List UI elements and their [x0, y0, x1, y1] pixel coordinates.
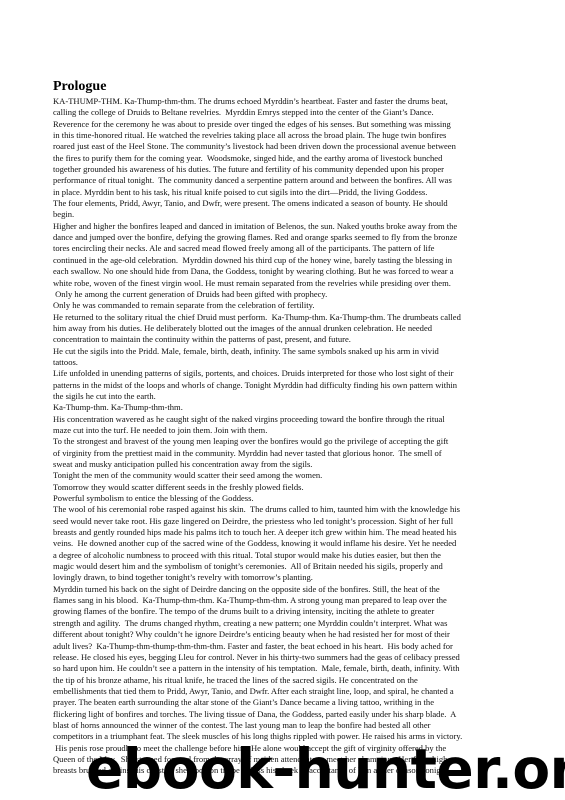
- text-line: concentration to maintain the continuity…: [53, 334, 553, 345]
- text-line: He returned to the solitary ritual the c…: [53, 312, 553, 323]
- text-line: the tip of his bronze athame, his ritual…: [53, 675, 553, 686]
- text-line: Life unfolded in unending patterns of si…: [53, 368, 553, 379]
- text-line: embellishments that tied them to Pridd, …: [53, 686, 553, 697]
- text-line: maze cut into the turf. He needed to joi…: [53, 425, 553, 436]
- text-line: blast of horns announced the winner of t…: [53, 720, 553, 731]
- text-line: Ka-Thump-thm. Ka-Thump-thm-thm.: [53, 402, 553, 413]
- text-line: growing flames of the bonfire. The tempo…: [53, 606, 553, 617]
- body-text: KA-THUMP-THM. Ka-Thump-thm-thm. The drum…: [53, 96, 553, 777]
- text-line: His concentration wavered as he caught s…: [53, 414, 553, 425]
- text-line: lovingly drawn, to bind together tonight…: [53, 572, 553, 583]
- text-line: him away from his duties. He deliberatel…: [53, 323, 553, 334]
- text-line: in place. Myrddin bent to his task, his …: [53, 187, 553, 198]
- text-line: sweat and musky anticipation pulled his …: [53, 459, 553, 470]
- text-line: Only he among the current generation of …: [53, 289, 553, 300]
- text-line: different about tonight? Why couldn’t he…: [53, 629, 553, 640]
- text-line: To the strongest and bravest of the youn…: [53, 436, 553, 447]
- text-line: dance and jumped over the bonfire, defyi…: [53, 232, 553, 243]
- text-line: breasts and gently rounded hips made his…: [53, 527, 553, 538]
- text-line: Reverence for the ceremony he was about …: [53, 119, 553, 130]
- chapter-title: Prologue: [53, 78, 553, 95]
- text-line: flickering light of bonfires and torches…: [53, 709, 553, 720]
- text-line: Higher and higher the bonfires leaped an…: [53, 221, 553, 232]
- document-page: Prologue KA-THUMP-THM. Ka-Thump-thm-thm.…: [53, 78, 553, 777]
- text-line: flames sang in his blood. Ka-Thump-thm-t…: [53, 595, 553, 606]
- text-line: The four elements, Pridd, Awyr, Tanio, a…: [53, 198, 553, 209]
- text-line: tores encircling their necks. Ale and sa…: [53, 243, 553, 254]
- text-line: Powerful symbolism to entice the blessin…: [53, 493, 553, 504]
- text-line: the sigils he cut into the earth.: [53, 391, 553, 402]
- text-line: prayer. The beaten earth surrounding the…: [53, 697, 553, 708]
- text-line: adult lives? Ka-Thump-thm-thump-thm-thm-…: [53, 641, 553, 652]
- text-line: Myrddin turned his back on the sight of …: [53, 584, 553, 595]
- text-line: calling the college of Druids to Beltane…: [53, 107, 553, 118]
- text-line: each swallow. No one should hide from Da…: [53, 266, 553, 277]
- text-line: strength and agility. The drums changed …: [53, 618, 553, 629]
- text-line: Tonight the men of the community would s…: [53, 470, 553, 481]
- text-line: tattoos.: [53, 357, 553, 368]
- text-line: roared just east of the Heel Stone. The …: [53, 141, 553, 152]
- text-line: KA-THUMP-THM. Ka-Thump-thm-thm. The drum…: [53, 96, 553, 107]
- text-line: the fires to purify them for the coming …: [53, 153, 553, 164]
- text-line: white robe, woven of the finest virgin w…: [53, 278, 553, 289]
- text-line: Only he was commanded to remain separate…: [53, 300, 553, 311]
- text-line: He cut the sigils into the Pridd. Male, …: [53, 346, 553, 357]
- text-line: so hard upon him. He couldn’t see a patt…: [53, 663, 553, 674]
- text-line: veins. He downed another cup of the sacr…: [53, 538, 553, 549]
- text-line: together grounded his awareness of his d…: [53, 164, 553, 175]
- text-line: magic would desert him and the symbolism…: [53, 561, 553, 572]
- text-line: release. He closed his eyes, begging Lle…: [53, 652, 553, 663]
- text-line: in this time-honored ritual. He watched …: [53, 130, 553, 141]
- text-line: of virginity from the prettiest maid in …: [53, 448, 553, 459]
- text-line: Tomorrow they would scatter different se…: [53, 482, 553, 493]
- text-line: a degree of alcoholic numbness to procee…: [53, 550, 553, 561]
- text-line: seed would never take root. His gaze lin…: [53, 516, 553, 527]
- text-line: performance of ritual tonight. The commu…: [53, 175, 553, 186]
- watermark: ebook-hunter.org: [86, 738, 565, 800]
- text-line: continued in the age-old celebration. My…: [53, 255, 553, 266]
- text-line: The wool of his ceremonial robe rasped a…: [53, 504, 553, 515]
- text-line: patterns in the midst of the loops and w…: [53, 380, 553, 391]
- text-line: begin.: [53, 209, 553, 220]
